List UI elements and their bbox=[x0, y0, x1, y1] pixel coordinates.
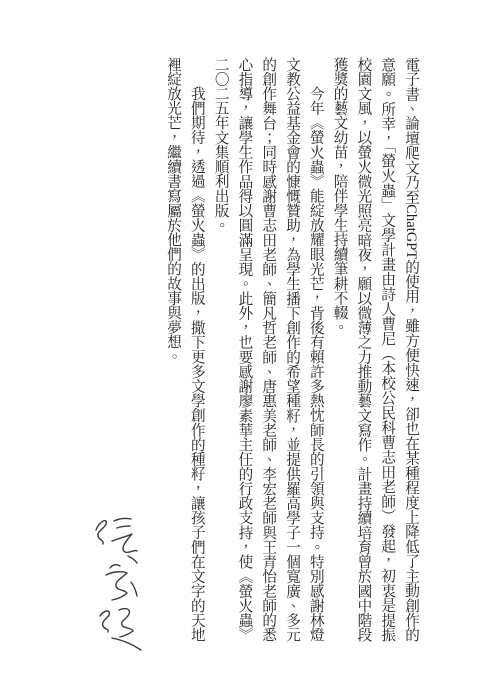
signature-strokes-icon bbox=[84, 510, 146, 652]
paragraph-1: 電子書、論壇爬文乃至ChatGPT的使用，雖方便快速，卻也在某種程度上降低了主動… bbox=[327, 57, 422, 642]
document-page: 電子書、論壇爬文乃至ChatGPT的使用，雖方便快速，卻也在某種程度上降低了主動… bbox=[0, 0, 495, 700]
handwritten-signature bbox=[84, 510, 146, 652]
paragraph-2: 今年《螢火蟲》能綻放耀眼光芒，背後有賴許多熱忱師長的引領與支持。特別感謝林燈文教… bbox=[208, 57, 327, 642]
paragraph-3: 我們期待，透過《螢火蟲》的出版，撒下更多文學創作的種籽，讓孩子們在文字的天地裡綻… bbox=[160, 57, 208, 642]
vertical-text-block: 電子書、論壇爬文乃至ChatGPT的使用，雖方便快速，卻也在某種程度上降低了主動… bbox=[160, 57, 422, 642]
